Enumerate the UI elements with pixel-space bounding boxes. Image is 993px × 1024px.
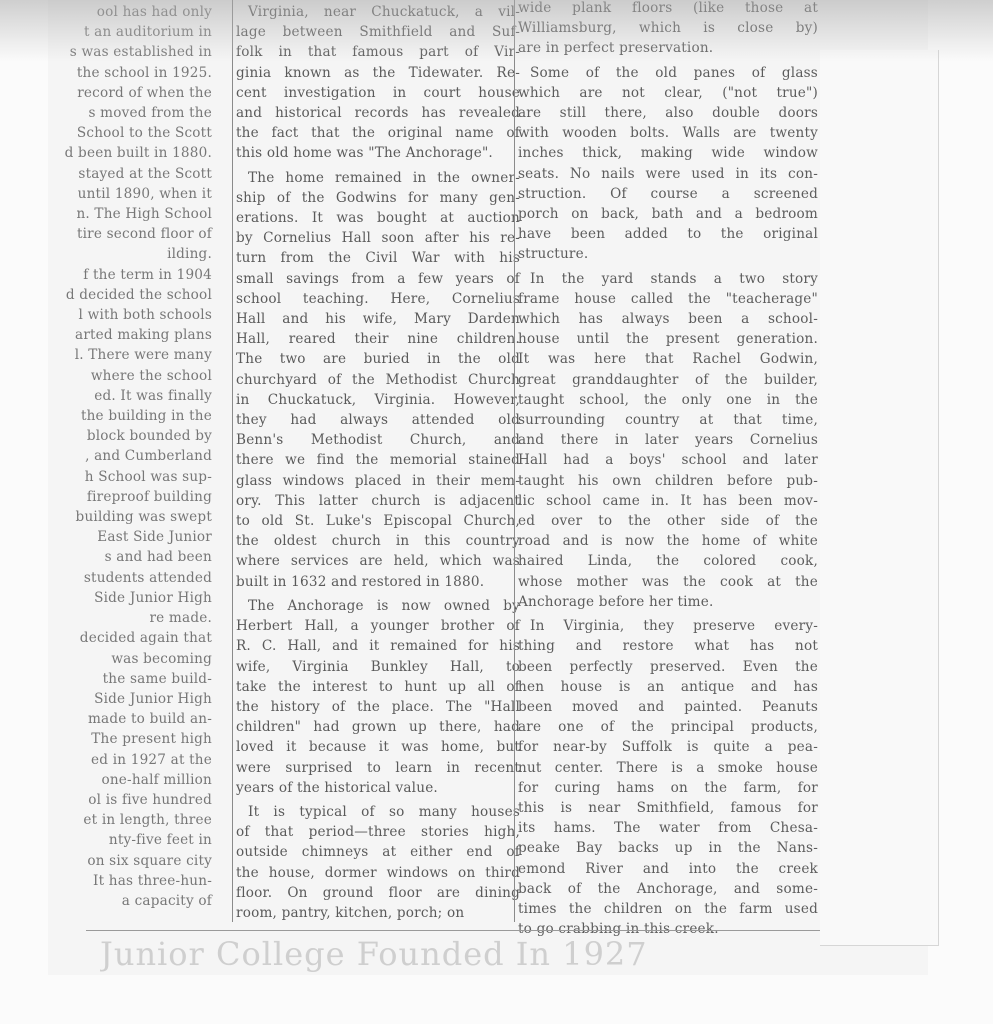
text-line: lage between Smithfield and Suf- [236, 22, 520, 42]
text-line: house until the present generation. [518, 329, 818, 349]
text-line: fireproof building [56, 487, 212, 507]
footer-headline: Junior College Founded In 1927 [100, 932, 720, 972]
text-line: are one of the principal products, [518, 717, 818, 737]
text-line: for curing hams on the farm, for [518, 778, 818, 798]
text-line: the same build- [56, 669, 212, 689]
text-line: taught school, the only one in the [518, 390, 818, 410]
text-line: road and is now the home of white [518, 531, 818, 551]
text-line: a capacity of [56, 891, 212, 911]
text-line: Williamsburg, which is close by) [518, 18, 818, 38]
text-line: Side Junior High [56, 689, 212, 709]
text-line: In the yard stands a two story [518, 269, 818, 289]
paragraph: The Anchorage is now owned byHerbert Hal… [236, 596, 520, 798]
text-line: The home remained in the owner- [236, 168, 520, 188]
text-line: hen house is an antique and has [518, 677, 818, 697]
text-line: seats. No nails were used in its con- [518, 164, 818, 184]
text-line: times the children on the farm used [518, 899, 818, 919]
text-line: Hall and his wife, Mary Darden [236, 309, 520, 329]
text-line: ilding. [56, 244, 212, 264]
text-line: was becoming [56, 649, 212, 669]
text-line: Benn's Methodist Church, and [236, 430, 520, 450]
text-line: room, pantry, kitchen, porch; on [236, 903, 520, 923]
text-line: floor. On ground floor are dining [236, 883, 520, 903]
text-line: this old home was "The Anchorage". [236, 143, 520, 163]
text-line: Hall, reared their nine children. [236, 329, 520, 349]
text-line: wide plank floors (like those at [518, 0, 818, 18]
text-line: d decided the school [56, 285, 212, 305]
text-line: glass windows placed in their mem- [236, 471, 520, 491]
text-line: are in perfect preservation. [518, 38, 818, 58]
text-line: nut center. There is a smoke house [518, 758, 818, 778]
paragraph: Virginia, near Chuckatuck, a vil-lage be… [236, 2, 520, 164]
text-line: record of when the [56, 83, 212, 103]
text-line: built in 1632 and restored in 1880. [236, 572, 520, 592]
text-line: back of the Anchorage, and some- [518, 879, 818, 899]
text-line: s was established in [56, 42, 212, 62]
text-line: taught his own children before pub- [518, 471, 818, 491]
text-line: ed. It was finally [56, 386, 212, 406]
text-line: The Anchorage is now owned by [236, 596, 520, 616]
text-line: children" had grown up there, had [236, 717, 520, 737]
paragraph: It is typical of so many housesof that p… [236, 802, 520, 923]
text-line: R. C. Hall, and it remained for his [236, 636, 520, 656]
text-line: the oldest church in this country [236, 531, 520, 551]
text-line: of that period—three stories high, [236, 822, 520, 842]
text-line: this is near Smithfield, famous for [518, 798, 818, 818]
text-line: It was here that Rachel Godwin, [518, 349, 818, 369]
text-line: block bounded by [56, 426, 212, 446]
text-line: great granddaughter of the builder, [518, 370, 818, 390]
text-line: the school in 1925. [56, 63, 212, 83]
text-line: In Virginia, they preserve every- [518, 616, 818, 636]
text-line: nty-five feet in [56, 830, 212, 850]
text-line: lic school came in. It has been mov- [518, 491, 818, 511]
text-line: n. The High School [56, 204, 212, 224]
text-line: to old St. Luke's Episcopal Church, [236, 511, 520, 531]
text-line: in Chuckatuck, Virginia. However, [236, 390, 520, 410]
text-line: l. There were many [56, 345, 212, 365]
text-line: surrounding country at that time, [518, 410, 818, 430]
text-line: et in length, three [56, 810, 212, 830]
text-line: It has three-hun- [56, 871, 212, 891]
text-line: Hall had a boys' school and later [518, 450, 818, 470]
text-line: l with both schools [56, 305, 212, 325]
text-line: decided again that [56, 628, 212, 648]
text-line: cent investigation in court house [236, 83, 520, 103]
text-line: Anchorage before her time. [518, 592, 818, 612]
text-line: ginia known as the Tidewater. Re- [236, 63, 520, 83]
middle-column: Virginia, near Chuckatuck, a vil-lage be… [236, 2, 520, 923]
text-line: ed in 1927 at the [56, 750, 212, 770]
text-line: f the term in 1904 [56, 265, 212, 285]
paragraph: The home remained in the owner-ship of t… [236, 168, 520, 592]
paper-edge [820, 50, 939, 946]
text-line: folk in that famous part of Vir- [236, 42, 520, 62]
text-line: turn from the Civil War with his [236, 248, 520, 268]
text-line: re made. [56, 608, 212, 628]
text-line: on six square city [56, 851, 212, 871]
text-line: loved it because it was home, but [236, 737, 520, 757]
text-line: and there in later years Cornelius [518, 430, 818, 450]
text-line: which are not clear, ("not true") [518, 83, 818, 103]
text-line: thing and restore what has not [518, 636, 818, 656]
text-line: Side Junior High [56, 588, 212, 608]
text-line: haired Linda, the colored cook, [518, 551, 818, 571]
text-line: , and Cumberland [56, 446, 212, 466]
text-line: ed over to the other side of the [518, 511, 818, 531]
text-line: building was swept [56, 507, 212, 527]
text-line: small savings from a few years of [236, 269, 520, 289]
text-line: students attended [56, 568, 212, 588]
text-line: The two are buried in the old [236, 349, 520, 369]
text-line: by Cornelius Hall soon after his re- [236, 228, 520, 248]
text-line: and historical records has revealed [236, 103, 520, 123]
text-line: struction. Of course a screened [518, 184, 818, 204]
paragraph: wide plank floors (like those atWilliams… [518, 0, 818, 59]
text-line: one-half million [56, 770, 212, 790]
text-line: arted making plans [56, 325, 212, 345]
text-line: which has always been a school- [518, 309, 818, 329]
text-line: s and had been [56, 547, 212, 567]
text-line: the building in the [56, 406, 212, 426]
text-line: have been added to the original [518, 224, 818, 244]
text-line: for near-by Suffolk is quite a pea- [518, 737, 818, 757]
text-line: ol is five hundred [56, 790, 212, 810]
paragraph: In Virginia, they preserve every-thing a… [518, 616, 818, 939]
text-line: the history of the place. The "Hall [236, 697, 520, 717]
text-line: ool has had only [56, 2, 212, 22]
text-line: t an auditorium in [56, 22, 212, 42]
text-line: until 1890, when it [56, 184, 212, 204]
right-column: wide plank floors (like those atWilliams… [518, 0, 818, 939]
text-line: school teaching. Here, Cornelius [236, 289, 520, 309]
text-line: emond River and into the creek [518, 859, 818, 879]
text-line: porch on back, bath and a bedroom [518, 204, 818, 224]
text-line: structure. [518, 244, 818, 264]
text-line: peake Bay backs up in the Nans- [518, 838, 818, 858]
text-line: erations. It was bought at auction [236, 208, 520, 228]
text-line: they had always attended old [236, 410, 520, 430]
text-line: frame house called the "teacherage" [518, 289, 818, 309]
text-line: ship of the Godwins for many gen- [236, 188, 520, 208]
text-line: take the interest to hunt up all of [236, 677, 520, 697]
text-line: the house, dormer windows on third [236, 863, 520, 883]
text-line: It is typical of so many houses [236, 802, 520, 822]
paragraph: Some of the old panes of glasswhich are … [518, 63, 818, 265]
text-line: School to the Scott [56, 123, 212, 143]
column-rule-right [514, 0, 515, 922]
text-line: were surprised to learn in recent [236, 758, 520, 778]
text-line: churchyard of the Methodist Church [236, 370, 520, 390]
text-line: The present high [56, 729, 212, 749]
text-line: tire second floor of [56, 224, 212, 244]
text-line: h School was sup- [56, 467, 212, 487]
text-line: are still there, also double doors [518, 103, 818, 123]
text-line: s moved from the [56, 103, 212, 123]
text-line: years of the historical value. [236, 778, 520, 798]
text-line: wife, Virginia Bunkley Hall, to [236, 657, 520, 677]
text-line: where the school [56, 366, 212, 386]
text-line: been perfectly preserved. Even the [518, 657, 818, 677]
paragraph: In the yard stands a two storyframe hous… [518, 269, 818, 612]
text-line: d been built in 1880. [56, 143, 212, 163]
text-line: its hams. The water from Chesa- [518, 818, 818, 838]
text-line: with wooden bolts. Walls are twenty [518, 123, 818, 143]
text-line: been moved and painted. Peanuts [518, 697, 818, 717]
text-line: there we find the memorial stained [236, 450, 520, 470]
text-line: Virginia, near Chuckatuck, a vil- [236, 2, 520, 22]
text-line: inches thick, making wide window [518, 143, 818, 163]
text-line: East Side Junior [56, 527, 212, 547]
text-line: Some of the old panes of glass [518, 63, 818, 83]
text-line: the fact that the original name of [236, 123, 520, 143]
text-line: ory. This latter church is adjacent [236, 491, 520, 511]
text-line: made to build an- [56, 709, 212, 729]
text-line: whose mother was the cook at the [518, 572, 818, 592]
footer-rule [86, 930, 820, 931]
text-line: stayed at the Scott [56, 164, 212, 184]
text-line: where services are held, which was [236, 551, 520, 571]
column-rule-left [232, 0, 233, 922]
left-column: ool has had onlyt an auditorium ins was … [56, 2, 212, 911]
text-line: Herbert Hall, a younger brother of [236, 616, 520, 636]
text-line: outside chimneys at either end of [236, 842, 520, 862]
